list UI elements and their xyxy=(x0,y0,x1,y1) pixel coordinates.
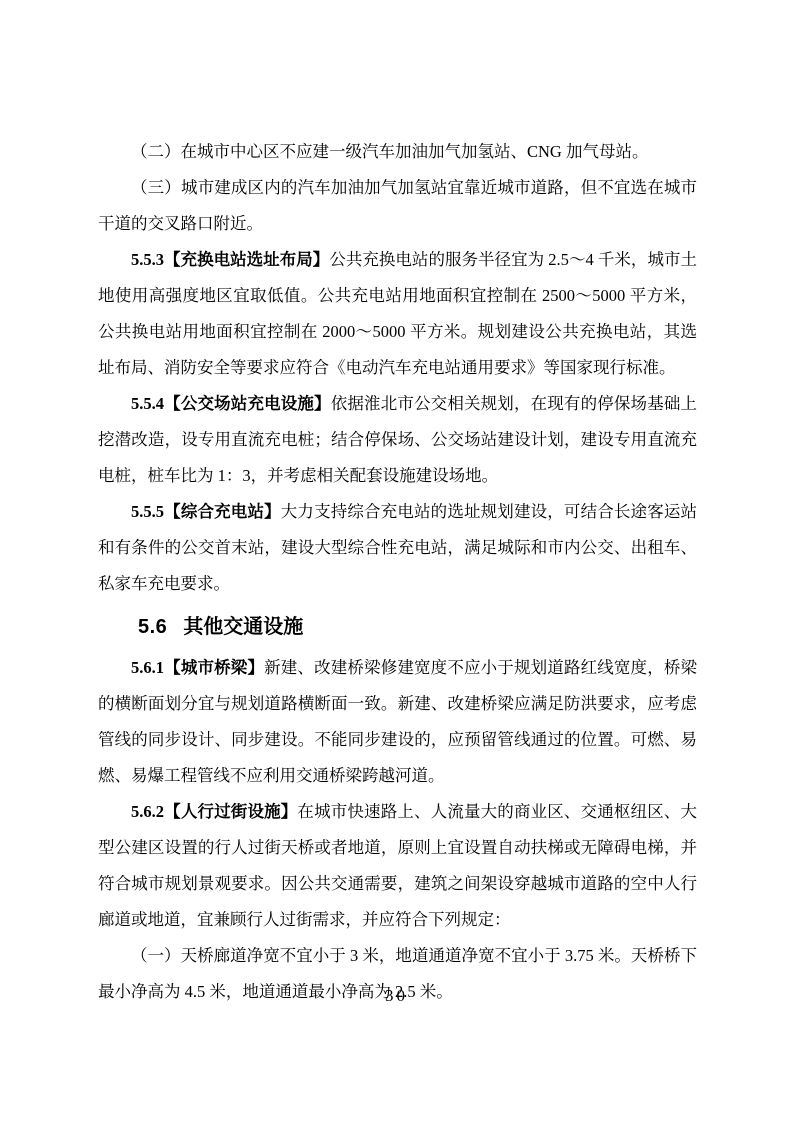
list-item-2-text: （二）在城市中心区不应建一级汽车加油加气加氢站、CNG 加气母站。 xyxy=(131,142,648,161)
list-item-3: （三）城市建成区内的汽车加油加气加氢站宜靠近城市道路，但不宜选在城市干道的交叉路… xyxy=(98,170,697,242)
list-item-2: （二）在城市中心区不应建一级汽车加油加气加氢站、CNG 加气母站。 xyxy=(98,134,697,170)
clause-5-6-1-text: 新建、改建桥梁修建宽度不应小于规划道路红线宽度，桥梁的横断面划分宜与规划道路横断… xyxy=(98,658,697,785)
clause-5-6-1: 5.6.1【城市桥梁】新建、改建桥梁修建宽度不应小于规划道路红线宽度，桥梁的横断… xyxy=(98,650,697,794)
section-heading-5-6: 5.6其他交通设施 xyxy=(138,611,697,643)
section-heading-5-6-number: 5.6 xyxy=(138,616,167,638)
clause-5-6-2-number: 5.6.2 xyxy=(131,802,164,821)
clause-5-6-1-number: 5.6.1 xyxy=(131,658,164,677)
document-body: （二）在城市中心区不应建一级汽车加油加气加氢站、CNG 加气母站。 （三）城市建… xyxy=(98,134,697,1010)
clause-5-6-2-label: 【人行过街设施】 xyxy=(164,803,297,821)
clause-5-5-5: 5.5.5【综合充电站】大力支持综合充电站的选址规划建设，可结合长途客运站和有条… xyxy=(98,494,697,602)
clause-5-5-3-text: 公共充换电站的服务半径宜为 2.5～4 千米，城市土地使用高强度地区宜取低值。公… xyxy=(98,250,697,377)
clause-5-6-2-text: 在城市快速路上、人流量大的商业区、交通枢纽区、大型公建区设置的行人过街天桥或者地… xyxy=(98,802,697,929)
clause-5-6-2: 5.6.2【人行过街设施】在城市快速路上、人流量大的商业区、交通枢纽区、大型公建… xyxy=(98,794,697,938)
section-heading-5-6-title: 其他交通设施 xyxy=(183,616,303,638)
page-number: 30 xyxy=(0,986,793,1006)
document-page: （二）在城市中心区不应建一级汽车加油加气加氢站、CNG 加气母站。 （三）城市建… xyxy=(0,0,793,1122)
clause-5-5-4-number: 5.5.4 xyxy=(131,394,164,413)
clause-5-5-4: 5.5.4【公交场站充电设施】依据淮北市公交相关规划，在现有的停保场基础上挖潜改… xyxy=(98,386,697,494)
clause-5-5-3-label: 【充换电站选址布局】 xyxy=(164,251,329,269)
clause-5-5-3: 5.5.3【充换电站选址布局】公共充换电站的服务半径宜为 2.5～4 千米，城市… xyxy=(98,242,697,386)
clause-5-6-1-label: 【城市桥梁】 xyxy=(164,659,264,677)
clause-5-5-5-number: 5.5.5 xyxy=(131,502,164,521)
clause-5-5-4-label: 【公交场站充电设施】 xyxy=(164,395,331,413)
clause-5-5-5-label: 【综合充电站】 xyxy=(164,503,281,521)
list-item-3-text: （三）城市建成区内的汽车加油加气加氢站宜靠近城市道路，但不宜选在城市干道的交叉路… xyxy=(98,178,697,233)
clause-5-5-3-number: 5.5.3 xyxy=(131,250,164,269)
